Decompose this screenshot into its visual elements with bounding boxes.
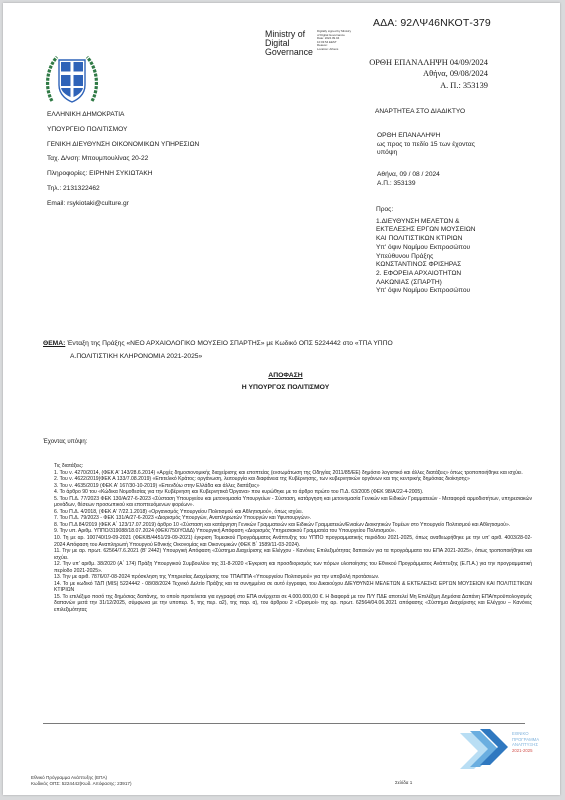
- subject-block: ΘΕΜΑ: Ένταξη της Πράξης «ΝΕΟ ΑΡΧΑΙΟΛΟΓΙΚ…: [43, 338, 533, 363]
- provision-item: 10. Τη με αρ. 100740/19-09-2021 (ΦΕΚ/Β/4…: [54, 535, 532, 548]
- signature-org-line: Governance: [265, 48, 313, 57]
- recipient-line: 2. ΕΦΟΡΕΙΑ ΑΡΧΑΙΟΤΗΤΩΝ: [376, 270, 476, 279]
- footer-divider: [43, 723, 525, 724]
- decision-subtitle: Η ΥΠΟΥΡΓΟΣ ΠΟΛΙΤΙΣΜΟΥ: [3, 382, 565, 394]
- email-address[interactable]: Email: rsykiotaki@culture.gr: [47, 197, 199, 212]
- internet-posting-notice: ΑΝΑΡΤΗΤΕΑ ΣΤΟ ΔΙΑΔΙΚΤΥΟ: [375, 108, 465, 115]
- correction-line: ως προς το πεδίο 15 των έχοντας: [377, 141, 475, 150]
- provision-item: 11. Την με αρ. πρωτ. 62564/7.6.2021 (Β' …: [54, 548, 532, 561]
- chevrons-logo-icon: [458, 727, 510, 773]
- to-label: Προς:: [376, 206, 476, 215]
- provision-item: 14. Το με κωδικό ΤΔΠ (MIS) 5224442 - 08/…: [54, 581, 532, 594]
- recipient-line: ΚΑΙ ΠΟΛΙΤΙΣΤΙΚΩΝ ΚΤΙΡΙΩΝ: [376, 235, 476, 244]
- page-number: Σελίδα 1: [395, 780, 412, 785]
- document-date: Αθήνα, 09/08/2024: [369, 68, 488, 79]
- epa-logo-text: ΕΘΝΙΚΟ ΠΡΟΓΡΑΜΜΑ ΑΝΑΠΤΥΞΗΣ 2021-2025: [512, 731, 539, 753]
- subject-label: ΘΕΜΑ:: [43, 340, 65, 347]
- provision-item: 2. Του ν. 4622/2019(ΦΕΚ Α 133/7.08.2019)…: [54, 476, 532, 483]
- recipient-line: Υπ' όψιν Νομίμου Εκπροσώπου: [376, 244, 476, 253]
- recipient-line: Υπ' όψιν Νομίμου Εκπροσώπου: [376, 287, 476, 296]
- having-in-view: Έχοντας υπόψη:: [43, 439, 87, 445]
- sender-block: ΕΛΛΗΝΙΚΗ ΔΗΜΟΚΡΑΤΙΑ ΥΠΟΥΡΓΕΙΟ ΠΟΛΙΤΙΣΜΟΥ…: [47, 108, 199, 212]
- recipient-line: ΕΚΤΕΛΕΣΗΣ ΕΡΓΩΝ ΜΟΥΣΕΙΩΝ: [376, 226, 476, 235]
- ministry-name: ΥΠΟΥΡΓΕΙΟ ΠΟΛΙΤΙΣΜΟΥ: [47, 123, 199, 138]
- provision-item: 15. Το επιλέξιμο ποσό της δημόσιας δαπάν…: [54, 594, 532, 614]
- postal-address: Ταχ. Δ/νση: Μπουμπουλίνας 20-22: [47, 152, 199, 167]
- date-protocol-block: Αθήνα, 09 / 08 / 2024 Α.Π.: 353139: [377, 171, 440, 188]
- subject-text-continued: Α.ΠΟΛΙΤΙΣΤΙΚΗ ΚΛΗΡΟΝΟΜΙΑ 2021-2025»: [43, 351, 533, 364]
- country-name: ΕΛΛΗΝΙΚΗ ΔΗΜΟΚΡΑΤΙΑ: [47, 108, 199, 123]
- provision-item: 5. Του Π.Δ. 77/2023 ΦΕΚ 130/Α/27-6-2023 …: [54, 496, 532, 509]
- greek-coat-of-arms-icon: [43, 51, 101, 111]
- logo-line: ΑΝΑΠΤΥΞΗΣ: [512, 742, 539, 748]
- footer-info: Εθνικό Πρόγραμμα Ανάπτυξης (ΕΠΑ) Κωδικός…: [31, 775, 132, 787]
- correction-date: ΟΡΘΗ ΕΠΑΝΑΛΗΨΗ 04/09/2024: [369, 57, 488, 68]
- digital-signature-org: Ministry of Digital Governance: [265, 30, 313, 57]
- protocol-number: Α. Π.: 353139: [369, 80, 488, 91]
- phone-number: Τηλ.: 2131322462: [47, 182, 199, 197]
- protocol-line: Α.Π.: 353139: [377, 180, 440, 189]
- recipients-block: Προς: 1.ΔΙΕΥΘΥΝΣΗ ΜΕΛΕΤΩΝ & ΕΚΤΕΛΕΣΗΣ ΕΡ…: [376, 206, 476, 296]
- recipient-line: Υπεύθυνου Πράξης: [376, 253, 476, 262]
- provision-item: 12. Την υπ' αριθμ. 38/2020 (Α΄ 174) Πράξ…: [54, 561, 532, 574]
- logo-year: 2021-2025: [512, 748, 539, 754]
- decision-heading: ΑΠΟΦΑΣΗ Η ΥΠΟΥΡΓΟΣ ΠΟΛΙΤΙΣΜΟΥ: [3, 370, 565, 394]
- document-page: ΑΔΑ: 92ΛΨ46ΝΚΟΤ-379 Ministry of Digital …: [3, 3, 560, 795]
- recipient-line: ΚΩΝΣΤΑΝΤΙΝΟΣ ΦΡΙΣΗΡΑΣ: [376, 261, 476, 270]
- epa-logo: ΕΘΝΙΚΟ ΠΡΟΓΡΑΜΜΑ ΑΝΑΠΤΥΞΗΣ 2021-2025: [458, 725, 553, 775]
- top-right-info: ΟΡΘΗ ΕΠΑΝΑΛΗΨΗ 04/09/2024 Αθήνα, 09/08/2…: [369, 57, 488, 91]
- digital-signature-meta: Digitally signed by Ministry of Digital …: [317, 30, 377, 51]
- subject-text: Ένταξη της Πράξης «ΝΕΟ ΑΡΧΑΙΟΛΟΓΙΚΟ ΜΟΥΣ…: [65, 340, 392, 347]
- signature-meta-line: Location: Athens: [317, 48, 377, 52]
- decision-title: ΑΠΟΦΑΣΗ: [3, 370, 565, 382]
- correction-line: υπόψη: [377, 149, 475, 158]
- recipient-line: 1.ΔΙΕΥΘΥΝΣΗ ΜΕΛΕΤΩΝ &: [376, 218, 476, 227]
- ada-number: ΑΔΑ: 92ΛΨ46ΝΚΟΤ-379: [373, 17, 491, 29]
- date-line: Αθήνα, 09 / 08 / 2024: [377, 171, 440, 180]
- correction-note: ΟΡΘΗ ΕΠΑΝΑΛΗΨΗ ως προς το πεδίο 15 των έ…: [377, 132, 475, 158]
- directorate-name: ΓΕΝΙΚΗ ΔΙΕΥΘΥΝΣΗ ΟΙΚΟΝΟΜΙΚΩΝ ΥΠΗΡΕΣΙΩΝ: [47, 138, 199, 153]
- footer-code: Κωδικός ΟΠΣ: 5224442(Κωδ. Απόφασης: 2391…: [31, 781, 132, 787]
- provisions-list: Τις διατάξεις: 1. Του ν. 4270/2014, (ΦΕΚ…: [54, 463, 532, 614]
- contact-person: Πληροφορίες: ΕΙΡΗΝΗ ΣΥΚΙΩΤΑΚΗ: [47, 167, 199, 182]
- correction-line: ΟΡΘΗ ΕΠΑΝΑΛΗΨΗ: [377, 132, 475, 141]
